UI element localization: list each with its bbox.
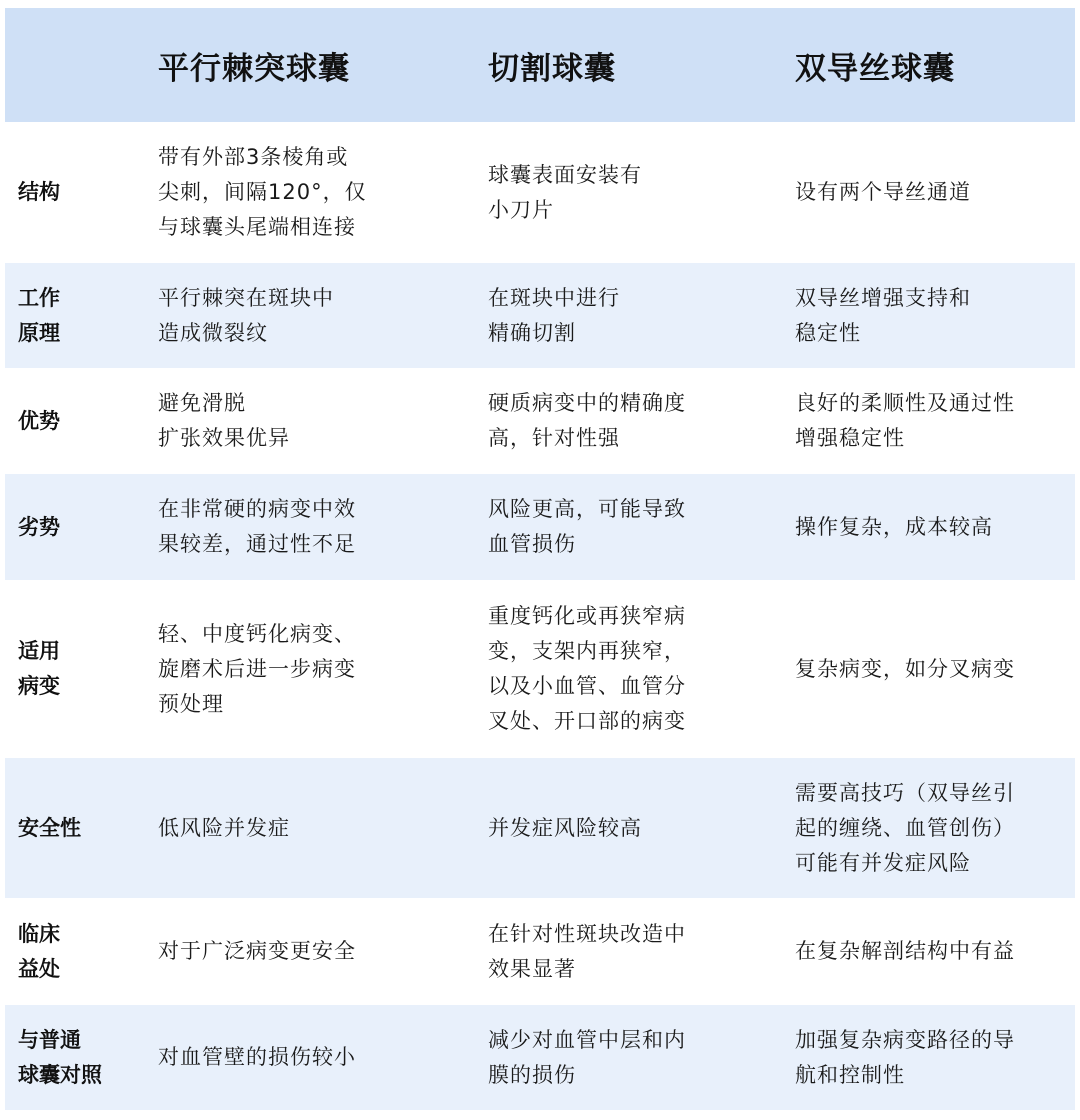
table-cell: 并发症风险较高 (485, 811, 792, 846)
table-cell: 在复杂解剖结构中有益 (792, 934, 1075, 969)
table-cell: 对于广泛病变更安全 (155, 934, 485, 969)
table-row-disadvantages: 劣势 在非常硬的病变中效 果较差，通过性不足 风险更高，可能导致 血管损伤 操作… (5, 474, 1075, 580)
table-row-applicable-lesions: 适用 病变 轻、中度钙化病变、 旋磨术后进一步病变 预处理 重度钙化或再狭窄病 … (5, 580, 1075, 758)
row-label: 工作 原理 (5, 281, 155, 351)
table-cell: 重度钙化或再狭窄病 变，支架内再狭窄， 以及小血管、血管分 叉处、开口部的病变 (485, 599, 792, 739)
header-cutting-balloon: 切割球囊 (485, 43, 792, 88)
table-cell: 在斑块中进行 精确切割 (485, 281, 792, 351)
row-label: 适用 病变 (5, 634, 155, 704)
table-row-mechanism: 工作 原理 平行棘突在斑块中 造成微裂纹 在斑块中进行 精确切割 双导丝增强支持… (5, 263, 1075, 368)
table-row-clinical-benefit: 临床 益处 对于广泛病变更安全 在针对性斑块改造中 效果显著 在复杂解剖结构中有… (5, 898, 1075, 1005)
row-label: 与普通 球囊对照 (5, 1023, 155, 1093)
table-cell: 设有两个导丝通道 (792, 175, 1075, 210)
row-label: 安全性 (5, 811, 155, 846)
table-cell: 平行棘突在斑块中 造成微裂纹 (155, 281, 485, 351)
table-cell: 操作复杂，成本较高 (792, 510, 1075, 545)
table-cell: 减少对血管中层和内 膜的损伤 (485, 1023, 792, 1093)
header-dual-wire-balloon: 双导丝球囊 (792, 43, 1075, 88)
table-row-structure: 结构 带有外部3条棱角或 尖刺，间隔120°，仅 与球囊头尾端相连接 球囊表面安… (5, 122, 1075, 263)
table-cell: 低风险并发症 (155, 811, 485, 846)
table-cell: 对血管壁的损伤较小 (155, 1040, 485, 1075)
row-label: 临床 益处 (5, 917, 155, 987)
table-row-vs-plain-balloon: 与普通 球囊对照 对血管壁的损伤较小 减少对血管中层和内 膜的损伤 加强复杂病变… (5, 1005, 1075, 1110)
table-cell: 需要高技巧（双导丝引 起的缠绕、血管创伤） 可能有并发症风险 (792, 776, 1075, 881)
table-row-safety: 安全性 低风险并发症 并发症风险较高 需要高技巧（双导丝引 起的缠绕、血管创伤）… (5, 758, 1075, 898)
row-label: 结构 (5, 175, 155, 210)
table-cell: 硬质病变中的精确度 高，针对性强 (485, 386, 792, 456)
table-cell: 避免滑脱 扩张效果优异 (155, 386, 485, 456)
comparison-table: 平行棘突球囊 切割球囊 双导丝球囊 结构 带有外部3条棱角或 尖刺，间隔120°… (5, 8, 1075, 1110)
table-cell: 双导丝增强支持和 稳定性 (792, 281, 1075, 351)
table-cell: 球囊表面安装有 小刀片 (485, 158, 792, 228)
table-header: 平行棘突球囊 切割球囊 双导丝球囊 (5, 8, 1075, 122)
table-cell: 良好的柔顺性及通过性 增强稳定性 (792, 386, 1075, 456)
table-cell: 风险更高，可能导致 血管损伤 (485, 492, 792, 562)
table-cell: 复杂病变，如分叉病变 (792, 652, 1075, 687)
header-parallel-spike-balloon: 平行棘突球囊 (155, 43, 485, 88)
table-cell: 在针对性斑块改造中 效果显著 (485, 917, 792, 987)
table-cell: 带有外部3条棱角或 尖刺，间隔120°，仅 与球囊头尾端相连接 (155, 140, 485, 245)
table-cell: 在非常硬的病变中效 果较差，通过性不足 (155, 492, 485, 562)
row-label: 劣势 (5, 510, 155, 545)
table-cell: 轻、中度钙化病变、 旋磨术后进一步病变 预处理 (155, 617, 485, 722)
table-row-advantages: 优势 避免滑脱 扩张效果优异 硬质病变中的精确度 高，针对性强 良好的柔顺性及通… (5, 368, 1075, 474)
row-label: 优势 (5, 404, 155, 439)
table-cell: 加强复杂病变路径的导 航和控制性 (792, 1023, 1075, 1093)
